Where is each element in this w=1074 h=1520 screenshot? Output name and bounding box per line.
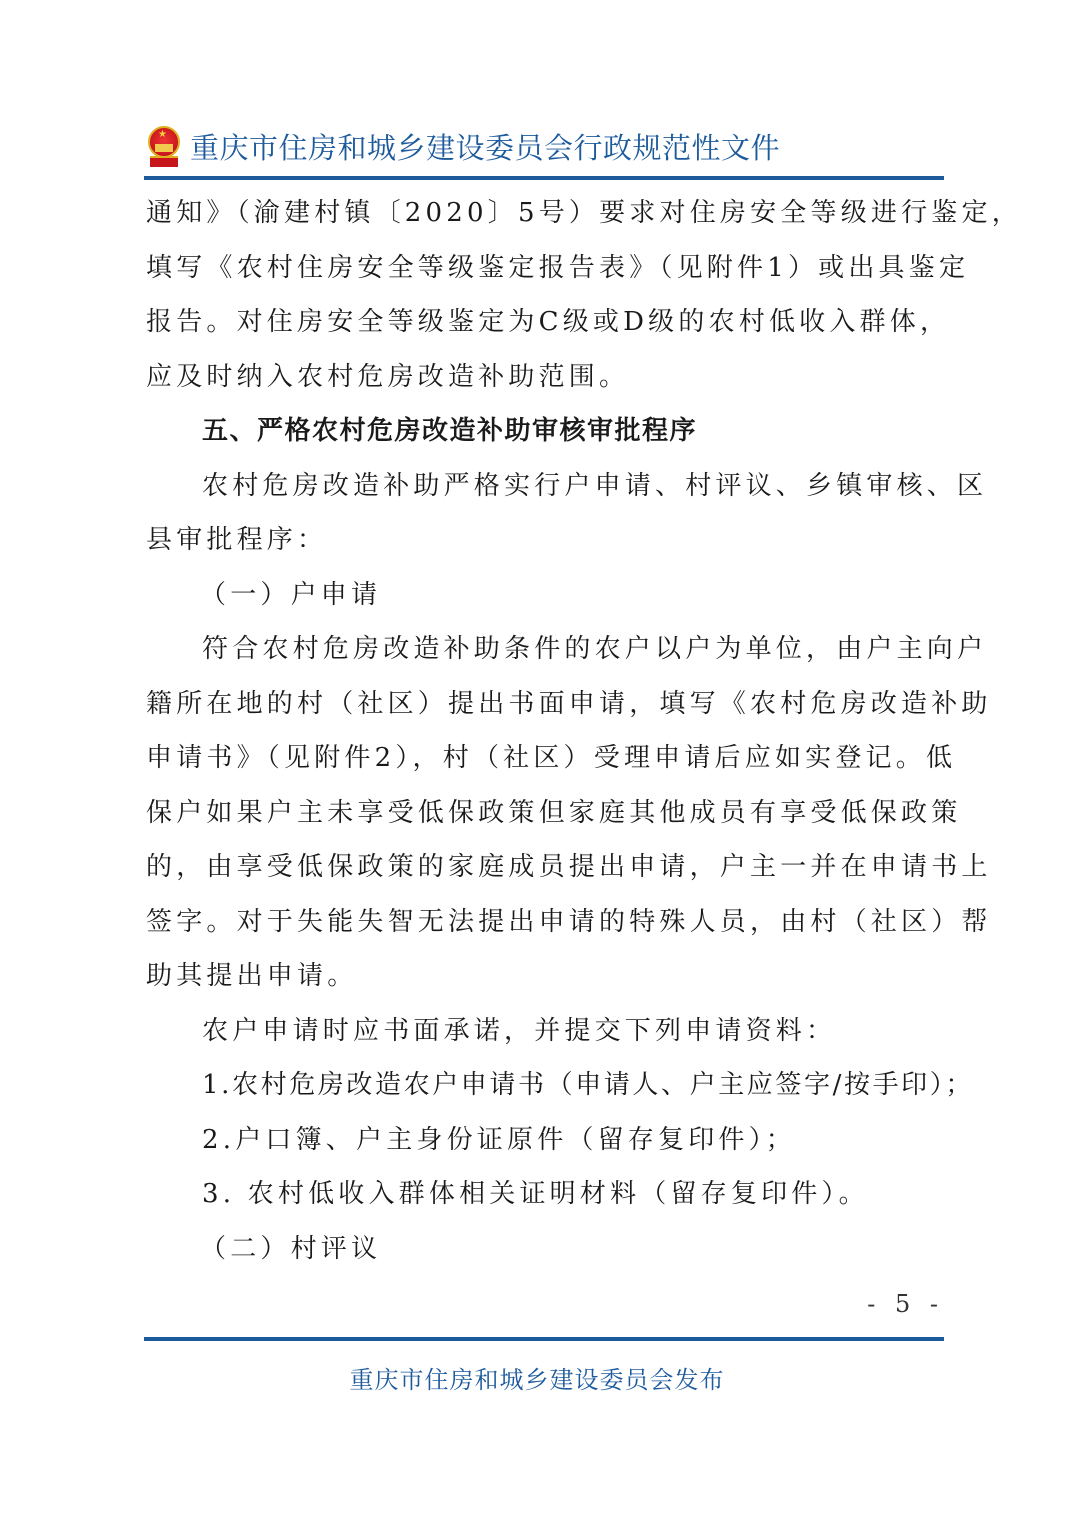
body-line: 申请书》（见附件2），村（社区）受理申请后应如实登记。低 [146,731,946,786]
list-item: 1.农村危房改造农户申请书（申请人、户主应签字/按手印）； [146,1058,946,1113]
body-line: 保户如果户主未享受低保政策但家庭其他成员有享受低保政策 [146,786,946,841]
body-line: 应及时纳入农村危房改造补助范围。 [146,350,946,405]
header-title: 重庆市住房和城乡建设委员会行政规范性文件 [190,126,780,167]
document-body: 通知》（渝建村镇〔2020〕5号）要求对住房安全等级进行鉴定， 填写《农村住房安… [146,186,946,1276]
body-line: 的，由享受低保政策的家庭成员提出申请，户主一并在申请书上 [146,840,946,895]
body-line: 填写《农村住房安全等级鉴定报告表》（见附件1）或出具鉴定 [146,241,946,296]
subsection-heading: （一）户申请 [146,568,946,623]
body-line: 报告。对住房安全等级鉴定为C级或D级的农村低收入群体， [146,295,946,350]
national-emblem-icon: ★ [144,124,184,168]
footer-publisher: 重庆市住房和城乡建设委员会发布 [0,1360,1074,1395]
body-line: 县审批程序： [146,513,946,568]
list-item: 2.户口簿、户主身份证原件（留存复印件）； [146,1113,946,1168]
body-line: 通知》（渝建村镇〔2020〕5号）要求对住房安全等级进行鉴定， [146,186,946,241]
header-divider [144,176,944,180]
list-item: 3. 农村低收入群体相关证明材料（留存复印件）。 [146,1167,946,1222]
body-line: 符合农村危房改造补助条件的农户以户为单位，由户主向户 [146,622,946,677]
body-line: 农村危房改造补助严格实行户申请、村评议、乡镇审核、区 [146,459,946,514]
body-line: 农户申请时应书面承诺，并提交下列申请资料： [146,1004,946,1059]
section-heading: 五、严格农村危房改造补助审核审批程序 [146,404,946,459]
page-number: - 5 - [867,1290,944,1318]
body-line: 助其提出申请。 [146,949,946,1004]
subsection-heading: （二）村评议 [146,1222,946,1277]
document-header: ★ 重庆市住房和城乡建设委员会行政规范性文件 [144,120,944,172]
body-line: 籍所在地的村（社区）提出书面申请，填写《农村危房改造补助 [146,677,946,732]
body-line: 签字。对于失能失智无法提出申请的特殊人员，由村（社区）帮 [146,895,946,950]
footer-divider [144,1337,944,1341]
